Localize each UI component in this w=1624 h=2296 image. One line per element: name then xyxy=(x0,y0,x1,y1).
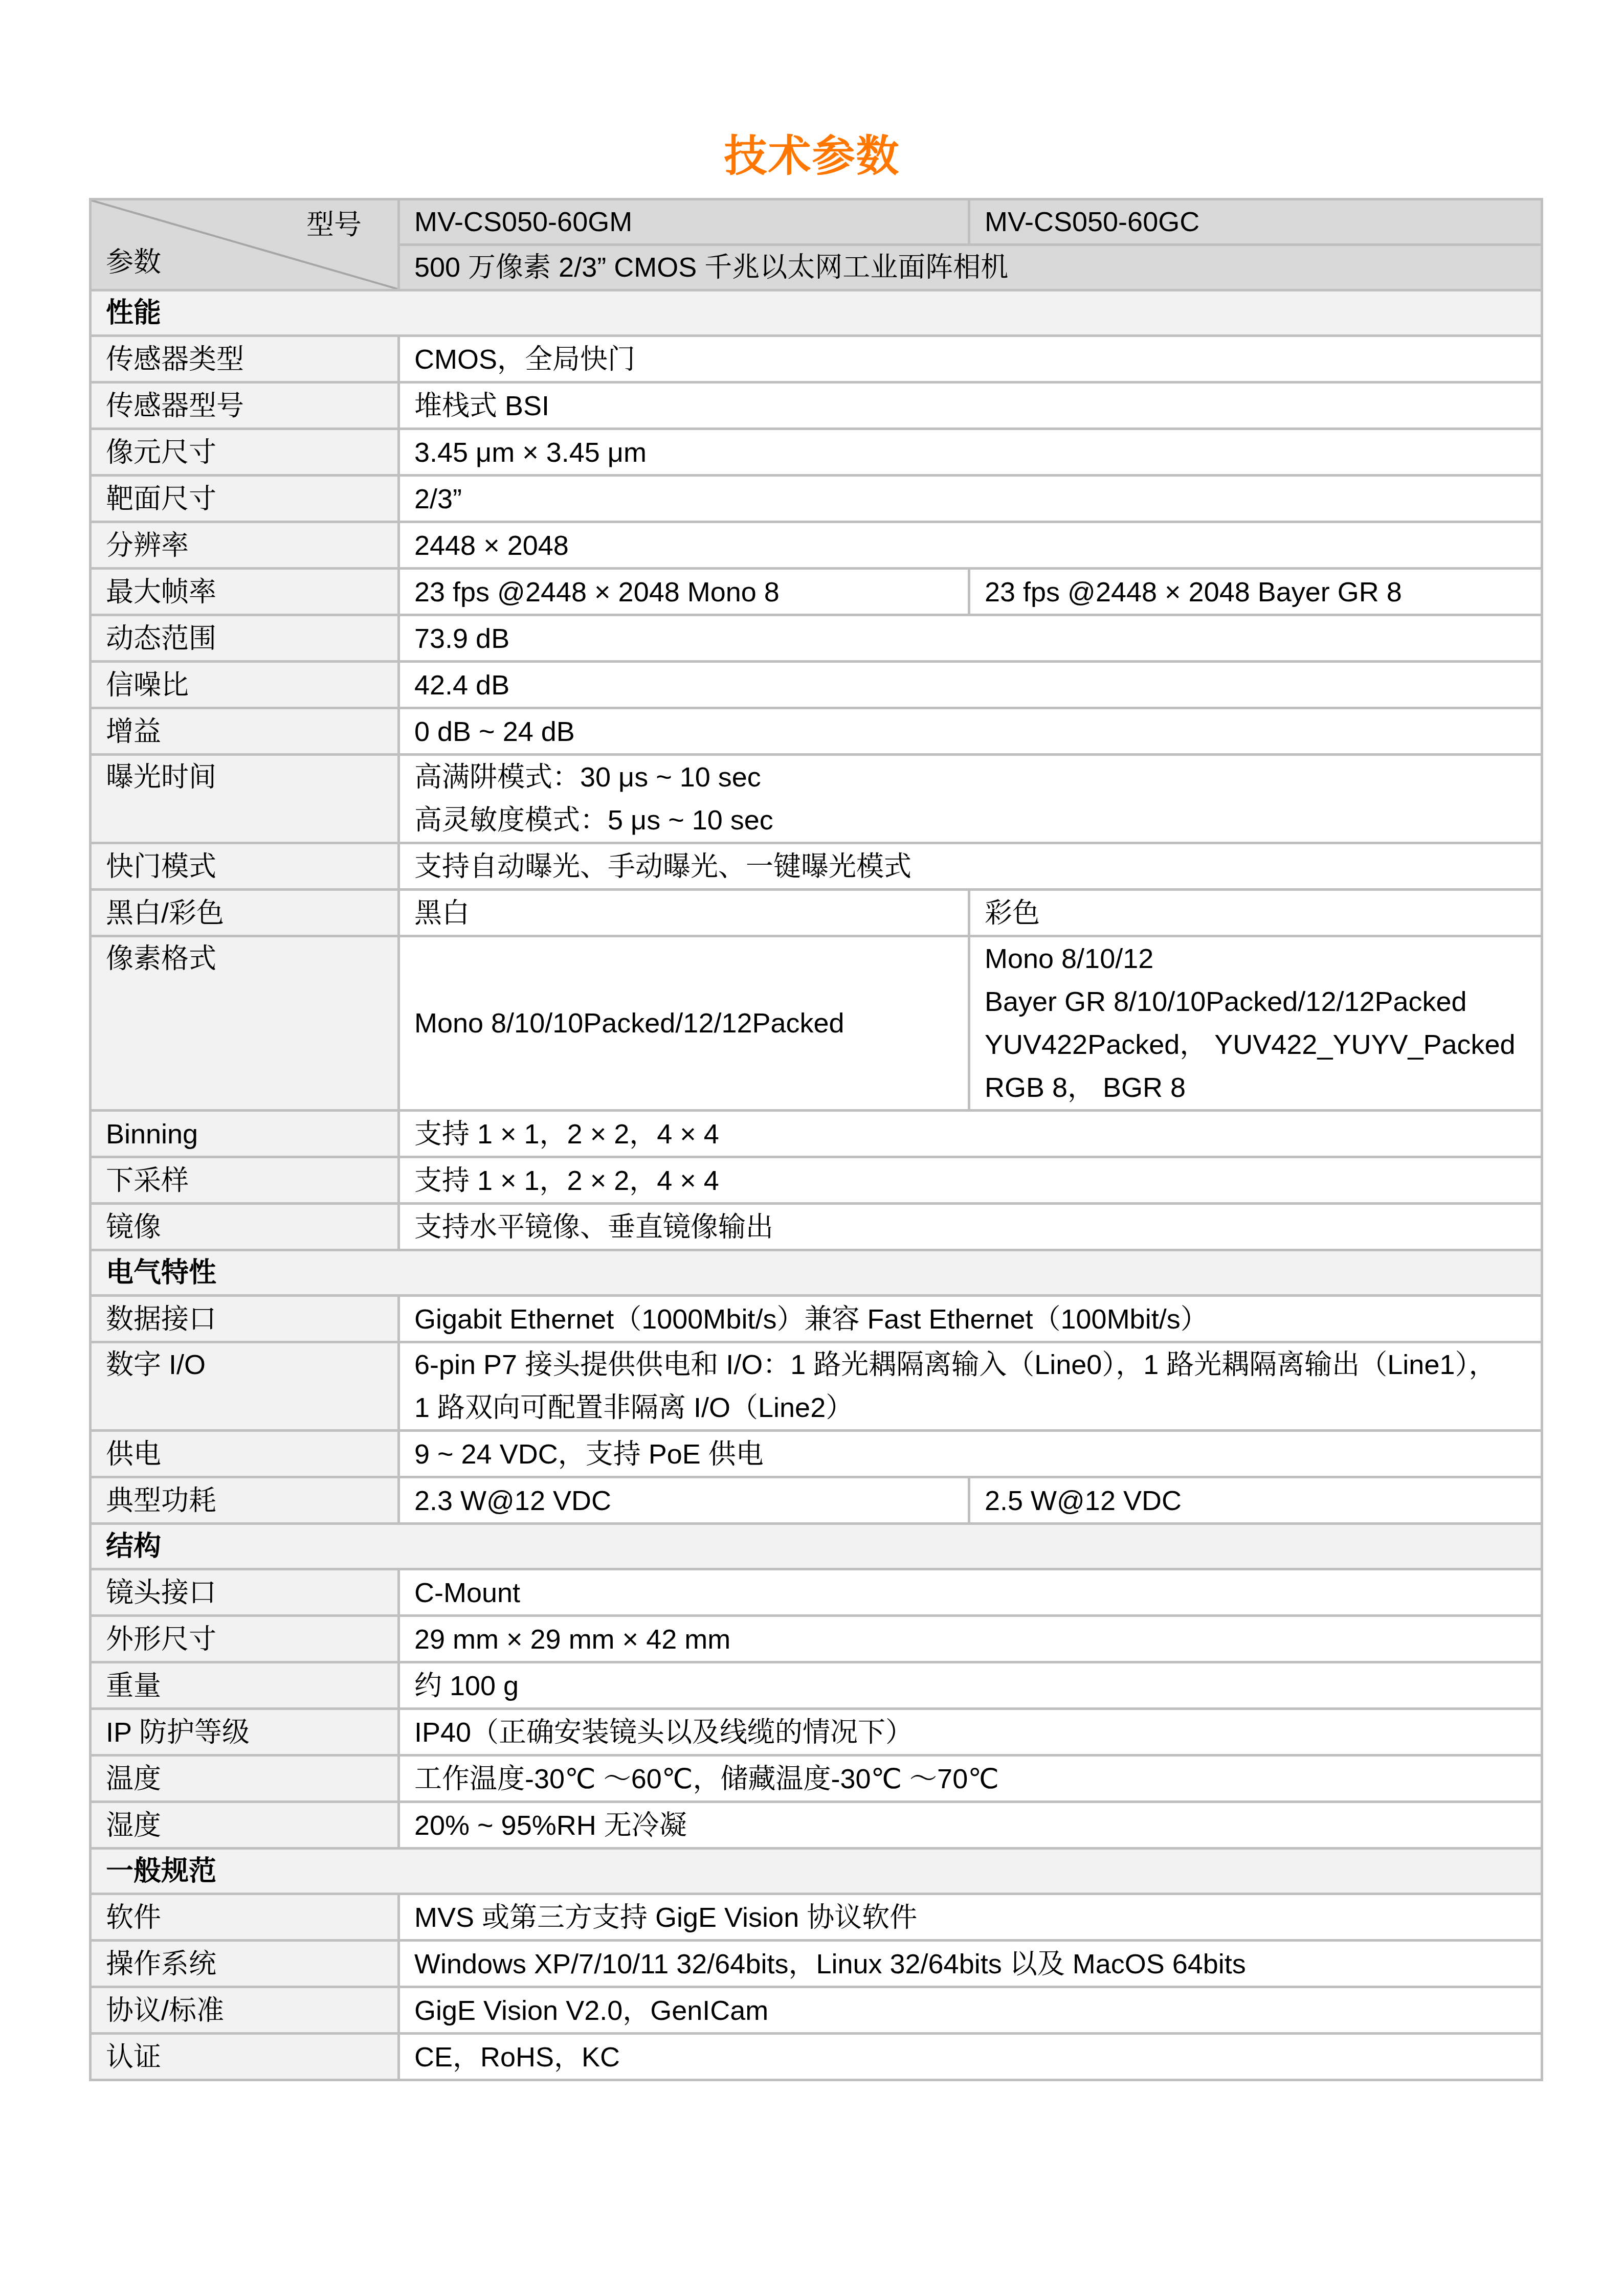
row-value: 堆栈式 BSI xyxy=(399,382,1542,429)
row-value: 29 mm × 29 mm × 42 mm xyxy=(399,1616,1542,1662)
row-label: 操作系统 xyxy=(91,1941,399,1987)
row-value: GigE Vision V2.0，GenICam xyxy=(399,1987,1542,2034)
section-title: 性能 xyxy=(91,290,1542,336)
row-label: 温度 xyxy=(91,1755,399,1802)
table-row: 镜像 支持水平镜像、垂直镜像输出 xyxy=(91,1204,1542,1250)
row-label: 最大帧率 xyxy=(91,569,399,615)
row-label: 协议/标准 xyxy=(91,1987,399,2034)
row-value-gm: 黑白 xyxy=(399,890,969,936)
row-label: 供电 xyxy=(91,1431,399,1477)
table-row: 最大帧率 23 fps @2448 × 2048 Mono 8 23 fps @… xyxy=(91,569,1542,615)
value-line: Mono 8/10/12 xyxy=(985,937,1541,980)
row-value: 支持自动曝光、手动曝光、一键曝光模式 xyxy=(399,843,1542,890)
table-row: 重量 约 100 g xyxy=(91,1662,1542,1709)
table-row: 信噪比 42.4 dB xyxy=(91,662,1542,708)
row-label: 数字 I/O xyxy=(91,1342,399,1431)
row-value: CE，RoHS，KC xyxy=(399,2034,1542,2080)
row-label: 黑白/彩色 xyxy=(91,890,399,936)
row-label: 典型功耗 xyxy=(91,1477,399,1524)
row-value: Gigabit Ethernet（1000Mbit/s）兼容 Fast Ethe… xyxy=(399,1296,1542,1342)
table-row: 温度 工作温度-30℃ ～60℃，储藏温度-30℃ ～70℃ xyxy=(91,1755,1542,1802)
row-value: 6-pin P7 接头提供供电和 I/O：1 路光耦隔离输入（Line0），1 … xyxy=(399,1342,1542,1431)
table-row: 认证 CE，RoHS，KC xyxy=(91,2034,1542,2080)
row-value-gm: 2.3 W@12 VDC xyxy=(399,1477,969,1524)
section-title: 结构 xyxy=(91,1524,1542,1569)
row-value-gm: 23 fps @2448 × 2048 Mono 8 xyxy=(399,569,969,615)
model-gc: MV-CS050-60GC xyxy=(969,199,1542,245)
row-label: 动态范围 xyxy=(91,615,399,662)
row-label: 镜头接口 xyxy=(91,1569,399,1616)
row-label: 软件 xyxy=(91,1894,399,1941)
row-value: 2448 × 2048 xyxy=(399,522,1542,569)
product-description: 500 万像素 2/3” CMOS 千兆以太网工业面阵相机 xyxy=(399,245,1542,290)
row-label: 外形尺寸 xyxy=(91,1616,399,1662)
table-row: 像元尺寸 3.45 μm × 3.45 μm xyxy=(91,429,1542,476)
value-line: Bayer GR 8/10/10Packed/12/12Packed xyxy=(985,980,1541,1023)
row-value: 42.4 dB xyxy=(399,662,1542,708)
corner-cell: 型号 参数 xyxy=(91,199,399,290)
table-row: 协议/标准 GigE Vision V2.0，GenICam xyxy=(91,1987,1542,2034)
section-performance: 性能 xyxy=(91,290,1542,336)
row-label: 传感器型号 xyxy=(91,382,399,429)
row-value: Windows XP/7/10/11 32/64bits，Linux 32/64… xyxy=(399,1941,1542,1987)
spec-table: 型号 参数 MV-CS050-60GM MV-CS050-60GC 500 万像… xyxy=(89,198,1543,2081)
row-value: 支持 1 × 1，2 × 2，4 × 4 xyxy=(399,1111,1542,1157)
section-electrical: 电气特性 xyxy=(91,1250,1542,1296)
value-line: 高灵敏度模式：5 μs ~ 10 sec xyxy=(414,799,1541,842)
table-row: 外形尺寸 29 mm × 29 mm × 42 mm xyxy=(91,1616,1542,1662)
table-row: 动态范围 73.9 dB xyxy=(91,615,1542,662)
row-value-gc: 彩色 xyxy=(969,890,1542,936)
table-row: 传感器类型 CMOS，全局快门 xyxy=(91,336,1542,382)
row-value-gc: 23 fps @2448 × 2048 Bayer GR 8 xyxy=(969,569,1542,615)
row-label: 增益 xyxy=(91,708,399,755)
value-line: 1 路双向可配置非隔离 I/O（Line2） xyxy=(414,1386,1541,1429)
row-value: 工作温度-30℃ ～60℃，储藏温度-30℃ ～70℃ xyxy=(399,1755,1542,1802)
row-label: 分辨率 xyxy=(91,522,399,569)
table-row: 传感器型号 堆栈式 BSI xyxy=(91,382,1542,429)
section-structure: 结构 xyxy=(91,1524,1542,1569)
row-label: 认证 xyxy=(91,2034,399,2080)
row-value: 2/3” xyxy=(399,476,1542,522)
row-label: 信噪比 xyxy=(91,662,399,708)
corner-param-label: 参数 xyxy=(106,241,161,284)
page-title: 技术参数 xyxy=(0,128,1624,184)
row-label: 下采样 xyxy=(91,1157,399,1204)
row-label: 镜像 xyxy=(91,1204,399,1250)
table-row: 增益 0 dB ~ 24 dB xyxy=(91,708,1542,755)
row-label: 像元尺寸 xyxy=(91,429,399,476)
row-value: 0 dB ~ 24 dB xyxy=(399,708,1542,755)
corner-model-label: 型号 xyxy=(306,204,362,246)
table-row: 像素格式 Mono 8/10/10Packed/12/12Packed Mono… xyxy=(91,936,1542,1111)
table-row: 快门模式 支持自动曝光、手动曝光、一键曝光模式 xyxy=(91,843,1542,890)
row-label: 重量 xyxy=(91,1662,399,1709)
table-row: 软件 MVS 或第三方支持 GigE Vision 协议软件 xyxy=(91,1894,1542,1941)
row-label: 曝光时间 xyxy=(91,755,399,843)
table-row: 下采样 支持 1 × 1，2 × 2，4 × 4 xyxy=(91,1157,1542,1204)
value-line: RGB 8， BGR 8 xyxy=(985,1066,1541,1109)
row-label: 湿度 xyxy=(91,1802,399,1849)
row-value: 73.9 dB xyxy=(399,615,1542,662)
header-row-models: 型号 参数 MV-CS050-60GM MV-CS050-60GC xyxy=(91,199,1542,245)
row-value: 支持 1 × 1，2 × 2，4 × 4 xyxy=(399,1157,1542,1204)
value-line: YUV422Packed， YUV422_YUYV_Packed xyxy=(985,1023,1541,1066)
table-row: 分辨率 2448 × 2048 xyxy=(91,522,1542,569)
row-value: 20% ~ 95%RH 无冷凝 xyxy=(399,1802,1542,1849)
row-value: 3.45 μm × 3.45 μm xyxy=(399,429,1542,476)
table-row: 黑白/彩色 黑白 彩色 xyxy=(91,890,1542,936)
row-label: Binning xyxy=(91,1111,399,1157)
table-row: IP 防护等级 IP40（正确安装镜头以及线缆的情况下） xyxy=(91,1709,1542,1755)
table-row: 曝光时间 高满阱模式：30 μs ~ 10 sec 高灵敏度模式：5 μs ~ … xyxy=(91,755,1542,843)
row-value-gc: 2.5 W@12 VDC xyxy=(969,1477,1542,1524)
section-title: 电气特性 xyxy=(91,1250,1542,1296)
table-row: Binning 支持 1 × 1，2 × 2，4 × 4 xyxy=(91,1111,1542,1157)
row-label: 传感器类型 xyxy=(91,336,399,382)
value-line: 高满阱模式：30 μs ~ 10 sec xyxy=(414,756,1541,799)
row-value: 支持水平镜像、垂直镜像输出 xyxy=(399,1204,1542,1250)
section-general: 一般规范 xyxy=(91,1849,1542,1894)
row-label: 数据接口 xyxy=(91,1296,399,1342)
row-label: 像素格式 xyxy=(91,936,399,1111)
table-row: 镜头接口 C-Mount xyxy=(91,1569,1542,1616)
row-value-gm: Mono 8/10/10Packed/12/12Packed xyxy=(399,936,969,1111)
table-row: 操作系统 Windows XP/7/10/11 32/64bits，Linux … xyxy=(91,1941,1542,1987)
table-row: 典型功耗 2.3 W@12 VDC 2.5 W@12 VDC xyxy=(91,1477,1542,1524)
table-row: 湿度 20% ~ 95%RH 无冷凝 xyxy=(91,1802,1542,1849)
row-value-gc: Mono 8/10/12 Bayer GR 8/10/10Packed/12/1… xyxy=(969,936,1542,1111)
row-label: 靶面尺寸 xyxy=(91,476,399,522)
row-value: CMOS，全局快门 xyxy=(399,336,1542,382)
table-row: 供电 9 ~ 24 VDC，支持 PoE 供电 xyxy=(91,1431,1542,1477)
row-value: 高满阱模式：30 μs ~ 10 sec 高灵敏度模式：5 μs ~ 10 se… xyxy=(399,755,1542,843)
table-row: 靶面尺寸 2/3” xyxy=(91,476,1542,522)
row-value: MVS 或第三方支持 GigE Vision 协议软件 xyxy=(399,1894,1542,1941)
value-line: 6-pin P7 接头提供供电和 I/O：1 路光耦隔离输入（Line0），1 … xyxy=(414,1343,1541,1386)
row-value: IP40（正确安装镜头以及线缆的情况下） xyxy=(399,1709,1542,1755)
table-row: 数字 I/O 6-pin P7 接头提供供电和 I/O：1 路光耦隔离输入（Li… xyxy=(91,1342,1542,1431)
row-label: 快门模式 xyxy=(91,843,399,890)
model-gm: MV-CS050-60GM xyxy=(399,199,969,245)
row-value: 9 ~ 24 VDC，支持 PoE 供电 xyxy=(399,1431,1542,1477)
table-row: 数据接口 Gigabit Ethernet（1000Mbit/s）兼容 Fast… xyxy=(91,1296,1542,1342)
row-label: IP 防护等级 xyxy=(91,1709,399,1755)
row-value: C-Mount xyxy=(399,1569,1542,1616)
row-value: 约 100 g xyxy=(399,1662,1542,1709)
section-title: 一般规范 xyxy=(91,1849,1542,1894)
